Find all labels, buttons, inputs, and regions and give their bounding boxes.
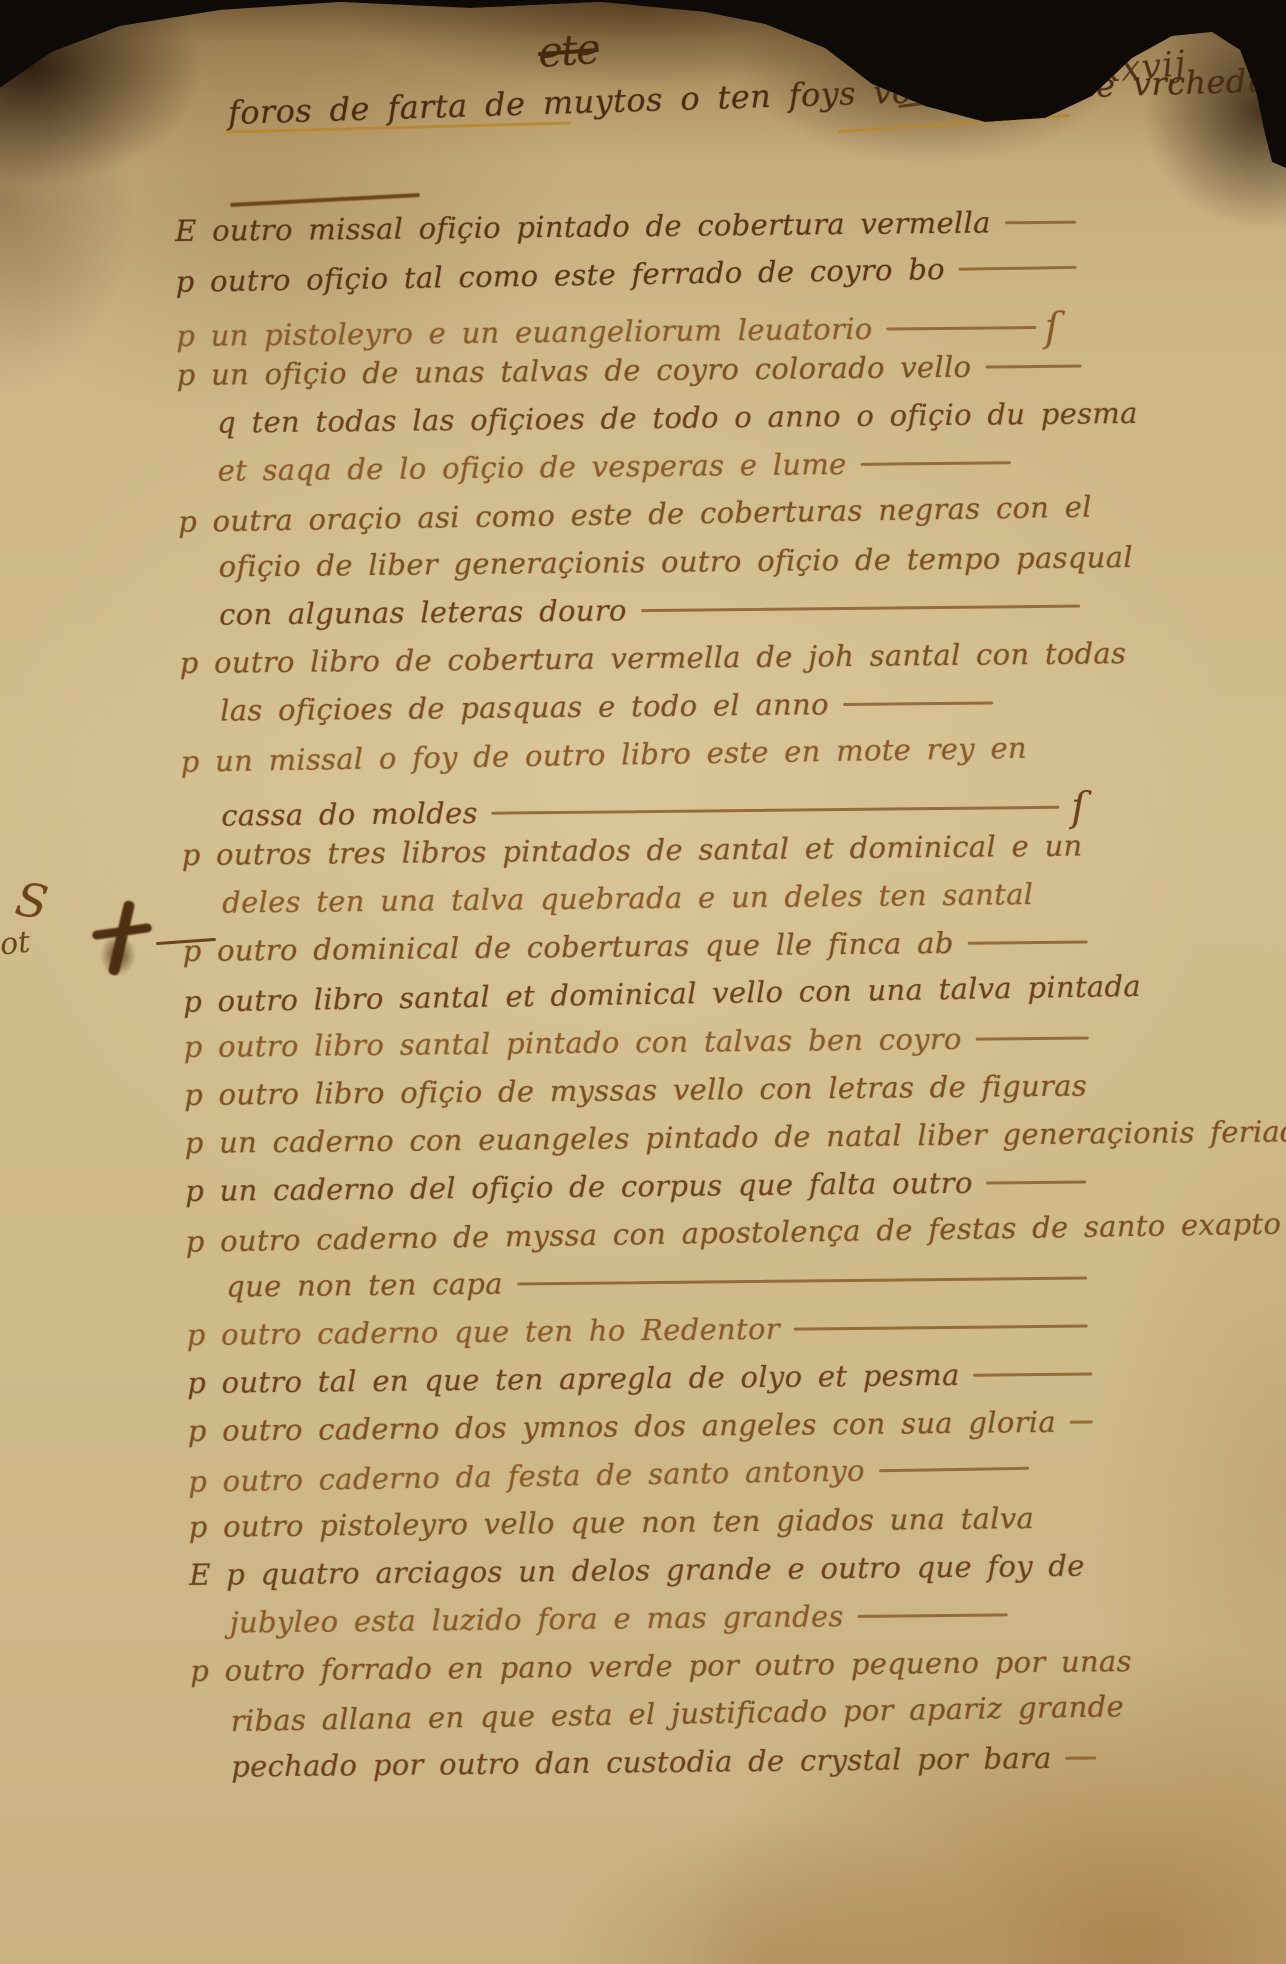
flourish-glyph: ſ xyxy=(1071,784,1087,830)
trailing-rule-stroke xyxy=(858,1613,1008,1618)
trailing-rule-stroke xyxy=(1066,1756,1097,1759)
photo-background: ete fol. Cxxvij foros de farta de muytos… xyxy=(0,0,1286,1964)
margin-ot-mark: ot xyxy=(0,925,32,963)
line-text: deles ten una talva quebrada e un deles … xyxy=(222,877,1033,919)
trailing-rule-stroke xyxy=(492,806,1060,815)
trailing-rule-stroke xyxy=(794,1325,1088,1331)
line-text: p un ofiçio de unas talvas de coyro colo… xyxy=(177,350,972,392)
line-text: que non ten capa xyxy=(226,1267,503,1304)
quire-mark: ete xyxy=(536,24,600,77)
ink-layer: ete fol. Cxxvij foros de farta de muytos… xyxy=(0,0,1286,1964)
margin-s-mark: S xyxy=(12,872,52,931)
line-text: p un caderno del ofiçio de corpus que fa… xyxy=(185,1166,973,1208)
trailing-rule-stroke xyxy=(1070,1420,1093,1423)
manuscript-line: pechado por outro dan custodia de crysta… xyxy=(191,1740,1096,1797)
line-text: E outro missal ofiçio pintado de cobertu… xyxy=(175,205,991,248)
ochre-underline-right xyxy=(838,114,1070,133)
trailing-rule-stroke xyxy=(861,461,1011,466)
trailing-rule-stroke xyxy=(843,701,993,706)
trailing-rule-stroke xyxy=(974,1372,1093,1376)
line-text: pechado por outro dan custodia de crysta… xyxy=(231,1741,1052,1784)
line-text: et saqa de lo ofiçio de vesperas e lume xyxy=(218,447,847,488)
trailing-rule-stroke xyxy=(641,605,1081,613)
trailing-rule-stroke xyxy=(879,1467,1029,1472)
trailing-rule-stroke xyxy=(959,266,1077,271)
line-text: las ofiçioes de pasquas e todo el anno xyxy=(220,687,829,727)
line-text: p outro tal en que ten apregla de olyo e… xyxy=(187,1358,960,1400)
trailing-rule-stroke xyxy=(517,1277,1087,1286)
line-text: p outro dominical de coberturas que lle … xyxy=(183,926,954,968)
line-text: cassa do moldes xyxy=(221,796,478,833)
line-text: p outro caderno que ten ho Redentor xyxy=(187,1312,780,1352)
parchment-page: ete fol. Cxxvij foros de farta de muytos… xyxy=(0,0,1286,1964)
text-block: E outro missal ofiçio pintado de cobertu… xyxy=(175,205,1097,1798)
line-text: con algunas leteras douro xyxy=(219,593,627,631)
trailing-rule-stroke xyxy=(1005,221,1076,225)
trailing-rule-stroke xyxy=(968,940,1088,944)
trailing-rule-stroke xyxy=(985,365,1081,369)
line-text: jubyleo esta luzido fora e mas grandes xyxy=(230,1599,844,1639)
line-text: p outro libro santal pintado con talvas … xyxy=(184,1022,962,1064)
margin-cross-ink-blob xyxy=(100,934,136,976)
trailing-rule-stroke xyxy=(976,1036,1089,1040)
line-text: p un pistoleyro e un euangeliorum leuato… xyxy=(176,312,873,353)
initial-flourish-stroke xyxy=(230,193,420,207)
trailing-rule-stroke xyxy=(887,326,1037,331)
trailing-rule-stroke xyxy=(987,1181,1087,1185)
flourish-glyph: ſ xyxy=(1044,305,1060,351)
